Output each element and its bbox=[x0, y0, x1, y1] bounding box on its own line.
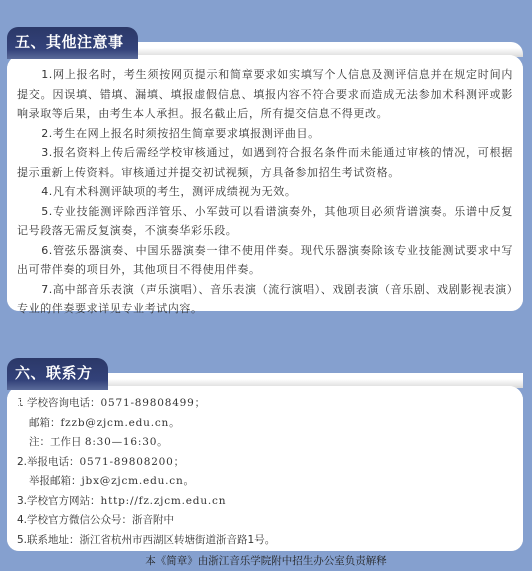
notes-list: 1.网上报名时，考生须按网页提示和简章要求如实填写个人信息及测评信息并在规定时间… bbox=[17, 65, 513, 319]
working-hours: 8:30—16:30。 bbox=[85, 436, 169, 448]
contact-list: 1.学校咨询电话：0571-89808499； 邮箱：fzzb@zjcm.edu… bbox=[17, 394, 513, 550]
contact-card-body: 1.学校咨询电话：0571-89808499； 邮箱：fzzb@zjcm.edu… bbox=[7, 386, 523, 551]
section-title-tab: 六、联系方式 bbox=[7, 358, 108, 390]
contact-card: 1.学校咨询电话：0571-89808499； 邮箱：fzzb@zjcm.edu… bbox=[7, 386, 523, 551]
contact-email: 邮箱：fzzb@zjcm.edu.cn。 bbox=[17, 414, 513, 434]
footer-note: 本《简章》由浙江音乐学院附中招生办公室负责解释 bbox=[0, 553, 532, 569]
report-email-link[interactable]: jbx@zjcm.edu.cn。 bbox=[82, 475, 195, 487]
contact-address: 5.联系地址：浙江省杭州市西湖区转塘街道浙音路1号。 bbox=[17, 531, 513, 551]
note-paragraph: 5.专业技能测评除西洋管乐、小军鼓可以看谱演奏外，其他项目必须背谱演奏。乐谱中反… bbox=[17, 202, 513, 241]
notes-card-body: 1.网上报名时，考生须按网页提示和简章要求如实填写个人信息及测评信息并在规定时间… bbox=[7, 55, 523, 311]
phone-number[interactable]: 0571-89808499； bbox=[101, 397, 206, 409]
report-phone: 2.举报电话：0571-89808200； bbox=[17, 453, 513, 473]
official-website: 3.学校官方网站：http://fz.zjcm.edu.cn bbox=[17, 492, 513, 512]
notes-card: 1.网上报名时，考生须按网页提示和简章要求如实填写个人信息及测评信息并在规定时间… bbox=[7, 55, 523, 311]
note-paragraph: 4.凡有术科测评缺项的考生，测评成绩视为无效。 bbox=[17, 182, 513, 202]
section-contact: 六、联系方式 1.学校咨询电话：0571-89808499； 邮箱：fzzb@z… bbox=[7, 358, 523, 551]
note-paragraph: 1.网上报名时，考生须按网页提示和简章要求如实填写个人信息及测评信息并在规定时间… bbox=[17, 65, 513, 124]
note-paragraph: 6.管弦乐器演奏、中国乐器演奏一律不使用伴奏。现代乐器演奏除该专业技能测试要求中… bbox=[17, 241, 513, 280]
section-other-notes: 五、其他注意事项 1.网上报名时，考生须按网页提示和简章要求如实填写个人信息及测… bbox=[7, 27, 523, 311]
report-phone-number[interactable]: 0571-89808200； bbox=[80, 456, 185, 468]
section-title-tab: 五、其他注意事项 bbox=[7, 27, 138, 59]
note-paragraph: 3.报名资料上传后需经学校审核通过，如遇到符合报名条件而未能通过审核的情况，可根… bbox=[17, 143, 513, 182]
contact-phone: 1.学校咨询电话：0571-89808499； bbox=[17, 394, 513, 414]
contact-hours: 注：工作日 8:30—16:30。 bbox=[17, 433, 513, 453]
email-link[interactable]: fzzb@zjcm.edu.cn。 bbox=[61, 417, 181, 429]
official-wechat: 4.学校官方微信公众号：浙音附中 bbox=[17, 511, 513, 531]
address-value: 浙江省杭州市西湖区转塘街道浙音路1号。 bbox=[80, 534, 276, 546]
note-paragraph: 7.高中部音乐表演（声乐演唱）、音乐表演（流行演唱）、戏剧表演（音乐剧、戏剧影视… bbox=[17, 280, 513, 319]
note-paragraph: 2.考生在网上报名时须按招生简章要求填报测评曲目。 bbox=[17, 124, 513, 144]
wechat-account: 浙音附中 bbox=[132, 514, 174, 526]
report-email: 举报邮箱：jbx@zjcm.edu.cn。 bbox=[17, 472, 513, 492]
website-link[interactable]: http://fz.zjcm.edu.cn bbox=[101, 495, 227, 507]
